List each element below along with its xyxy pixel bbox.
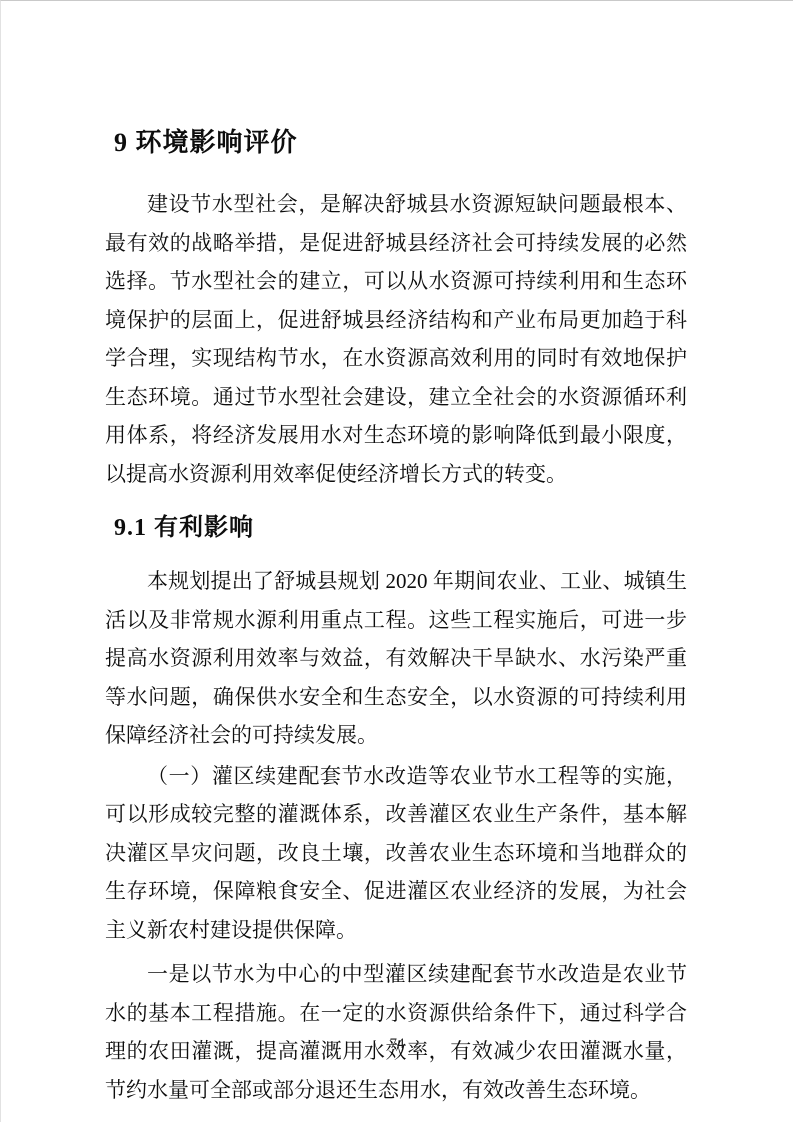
section-paragraph: 本规划提出了舒城县规划 2020 年期间农业、工业、城镇生活以及非常规水源利用重… [105, 562, 687, 755]
document-content: 9 环境影响评价 建设节水型社会，是解决舒城县水资源短缺问题最根本、最有效的战略… [1, 128, 793, 1109]
page-footer: 74 [1, 1035, 793, 1053]
section-paragraph: （一）灌区续建配套节水改造等农业节水工程等的实施，可以形成较完整的灌溉体系，改善… [105, 757, 687, 950]
section-heading: 9.1 有利影响 [114, 514, 687, 542]
page-number: 74 [390, 1036, 405, 1052]
document-page: 9 环境影响评价 建设节水型社会，是解决舒城县水资源短缺问题最根本、最有效的战略… [0, 0, 793, 1122]
chapter-heading: 9 环境影响评价 [114, 128, 687, 158]
chapter-intro-paragraph: 建设节水型社会，是解决舒城县水资源短缺问题最根本、最有效的战略举措，是促进舒城县… [105, 185, 687, 493]
section-paragraph: 一是以节水为中心的中型灌区续建配套节水改造是农业节水的基本工程措施。在一定的水资… [105, 955, 687, 1109]
